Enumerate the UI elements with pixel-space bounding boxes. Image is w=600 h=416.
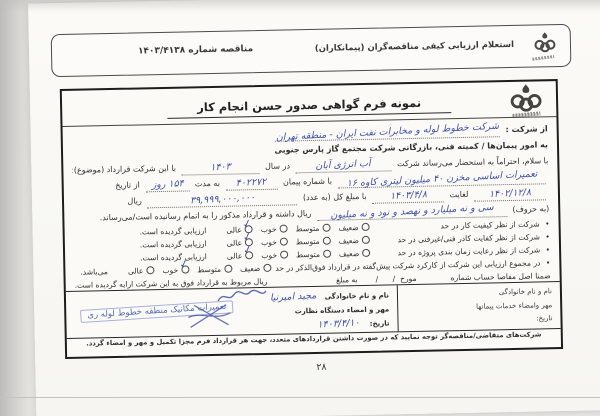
option-excellent: عالی (128, 264, 155, 278)
form-title: نمونه فرم گواهی صدور حسن انجام کار (167, 95, 451, 119)
option-label: عالی (128, 266, 144, 275)
radio-circle (362, 223, 370, 231)
from-date-field: ۱۴۰۲/۱۲/۸ (474, 188, 546, 201)
option-good-checked: ✓خوب (162, 263, 189, 277)
option-label: ضعیف (240, 264, 260, 273)
tender-number: مناقصه شماره ۱۴۰۳/۴۱۳۸ (138, 44, 253, 56)
radio-circle (323, 250, 331, 258)
radio-circle (362, 236, 370, 244)
name-label: نام و نام خانوادگی (325, 291, 389, 300)
signature-cell-services: نام و نام خانوادگی مهر وامضاء خدمات پیما… (397, 282, 561, 331)
radio-circle (263, 264, 271, 272)
date-label: تاریخ: (370, 319, 390, 327)
clearance-date-slashes: / / (376, 274, 396, 283)
clearance-date-label: مورخ (400, 274, 417, 283)
form-body: از شرکت : شرکت خطوط لوله و مخابرات نفت ا… (72, 121, 551, 293)
option-average: متوسط (197, 263, 232, 277)
contractor-name-field: آب انرژی آبان (295, 159, 391, 173)
words-label: (به حروف) (512, 204, 549, 214)
clearance-amount-label: به مبلغ (336, 275, 358, 284)
option-label: عالی (226, 238, 242, 247)
handwritten-contract-no: ۴۰۲۲۷۲ (236, 177, 267, 189)
radio-circle (362, 249, 370, 257)
header-box: استعلام ارزیابی کیفی مناقصه‌گران (پیمانک… (51, 24, 572, 77)
rating-suffix: ارزیابی گردیده است. (140, 252, 207, 262)
radio-circle (322, 224, 330, 232)
option-average: متوسط (296, 235, 331, 249)
nigc-logo-icon (533, 31, 557, 53)
option-label: متوسط (197, 265, 221, 274)
option-label: متوسط (296, 250, 320, 259)
option-label: خوب (261, 251, 277, 260)
header-title: استعلام ارزیابی کیفی مناقصه‌گران (پیمانک… (315, 40, 514, 54)
option-average: متوسط (296, 248, 331, 262)
duration-field: ۱۵۴ روز (145, 179, 189, 192)
option-label: ضعیف (339, 236, 359, 245)
page-number: ۲۸ (35, 356, 600, 378)
handwritten-from-date: ۱۴۰۲/۱۲/۸ (489, 188, 532, 200)
words-suffix: ریال داشته و قرارداد مذکور را به اتمام ر… (100, 209, 312, 222)
option-label: ضعیف (339, 249, 359, 258)
handwritten-contractor-name: آب انرژی آبان (316, 159, 372, 172)
contract-no-field: ۴۰۲۲۷۲ (225, 178, 277, 191)
option-good: خوب (261, 235, 288, 249)
option-weak: ضعیف (338, 221, 370, 235)
rial-label: ریال (127, 196, 142, 205)
option-average: متوسط (295, 222, 330, 236)
check-mark: ✓ (178, 257, 190, 272)
handwritten-amount: ۳۹,۹۹۹,۰۰۰,۰۰۰ (190, 193, 256, 206)
from-company-label: از شرکت : (505, 124, 547, 134)
option-label: ضعیف (338, 223, 358, 232)
option-weak: ضعیف (240, 262, 272, 276)
radio-circle (279, 224, 287, 232)
handwritten-date: ۱۴۰۳/۴/۱۰ (317, 316, 360, 332)
duration-label: به مدت (195, 179, 220, 189)
signature-cell-supervision: نام و نام خانوادگی مجید امیرنیا مهر و ام… (66, 285, 398, 338)
option-label: عالی (226, 225, 242, 234)
year-label: در سال (265, 161, 290, 170)
logo-caption-text (532, 55, 554, 61)
to-date-field: ۱۴۰۳/۴/۸ (372, 190, 444, 203)
signature-table: نام و نام خانوادگی مهر وامضاء خدمات پیما… (66, 281, 561, 339)
option-weak: ضعیف (339, 247, 371, 261)
radio-circle (280, 250, 288, 258)
scan-artifact-line (0, 397, 600, 398)
scan-top-shadow (0, 0, 600, 12)
option-good: خوب (261, 222, 288, 236)
radio-circle (146, 266, 154, 274)
rating-suffix: ارزیابی گردیده است. (139, 226, 206, 236)
radio-circle (224, 265, 232, 273)
handwritten-year: ۱۴۰۳ (210, 162, 231, 173)
document-page: استعلام ارزیابی کیفی مناقصه‌گران (پیمانک… (28, 0, 600, 416)
radio-circle (323, 237, 331, 245)
certificate-form-box: نمونه فرم گواهی صدور حسن انجام کار از شر… (60, 79, 563, 359)
option-label: خوب (162, 266, 178, 275)
handwritten-name: مجید امیرنیا (270, 289, 317, 305)
option-label: خوب (261, 238, 277, 247)
stamp-signature-scribble-icon (186, 301, 233, 332)
rating-suffix: ارزیابی گردیده است. (140, 239, 207, 249)
amount-label: با مبلغ کل (به عدد) (303, 192, 367, 202)
option-label: عالی (227, 251, 243, 260)
subject-label: با این شرکت قرارداد (موضوع): (72, 164, 176, 175)
option-label: متوسط (296, 237, 320, 246)
from-date-label: از تاریخ (115, 180, 140, 189)
radio-circle (280, 237, 288, 245)
intro-label: با سلام، احتراماً به استحضار می‌رساند شر… (397, 156, 548, 168)
rating-suffix: می‌باشد. (80, 267, 108, 277)
year-field: ۱۴۰۳ (181, 162, 259, 176)
option-weak: ضعیف (339, 234, 371, 248)
option-label: متوسط (295, 224, 319, 233)
contract-no-label: با شماره پیمان (283, 177, 332, 187)
handwritten-duration: ۱۵۴ روز (151, 179, 184, 191)
option-excellent-checked: ✓عالی (227, 249, 254, 263)
handwritten-to-date: ۱۴۰۳/۴/۸ (389, 190, 426, 202)
option-good: خوب (261, 248, 288, 262)
seal-label: مهر و امضاء دستگاه نظارت (295, 305, 390, 315)
option-label: خوب (261, 225, 277, 234)
scanned-document: استعلام ارزیابی کیفی مناقصه‌گران (پیمانک… (0, 0, 600, 416)
to-date-label: لغایت (449, 190, 468, 199)
date-label: تاریخ: (406, 312, 552, 328)
